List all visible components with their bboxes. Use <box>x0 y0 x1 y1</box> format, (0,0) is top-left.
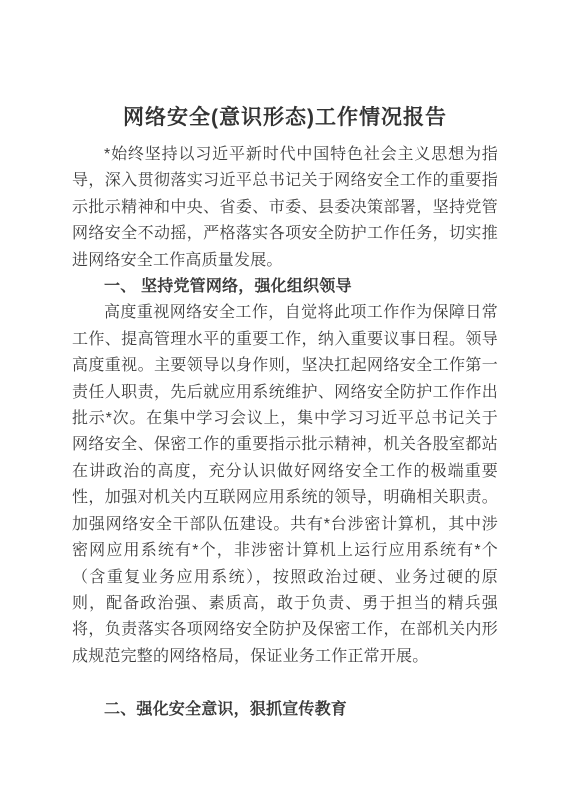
section-heading-2: 二、强化安全意识，狠抓宣传教育 <box>72 697 498 723</box>
paragraph-intro: *始终坚持以习近平新时代中国特色社会主义思想为指导，深入贯彻落实习近平总书记关于… <box>72 142 498 274</box>
document-page: 网络安全(意识形态)工作情况报告 *始终坚持以习近平新时代中国特色社会主义思想为… <box>0 0 570 807</box>
section-heading-1: 一、 坚持党管网络，强化组织领导 <box>72 274 498 300</box>
paragraph-section-1: 高度重视网络安全工作，自觉将此项工作作为保障日常工作、提高管理水平的重要工作，纳… <box>72 300 498 670</box>
document-title: 网络安全(意识形态)工作情况报告 <box>72 103 498 133</box>
